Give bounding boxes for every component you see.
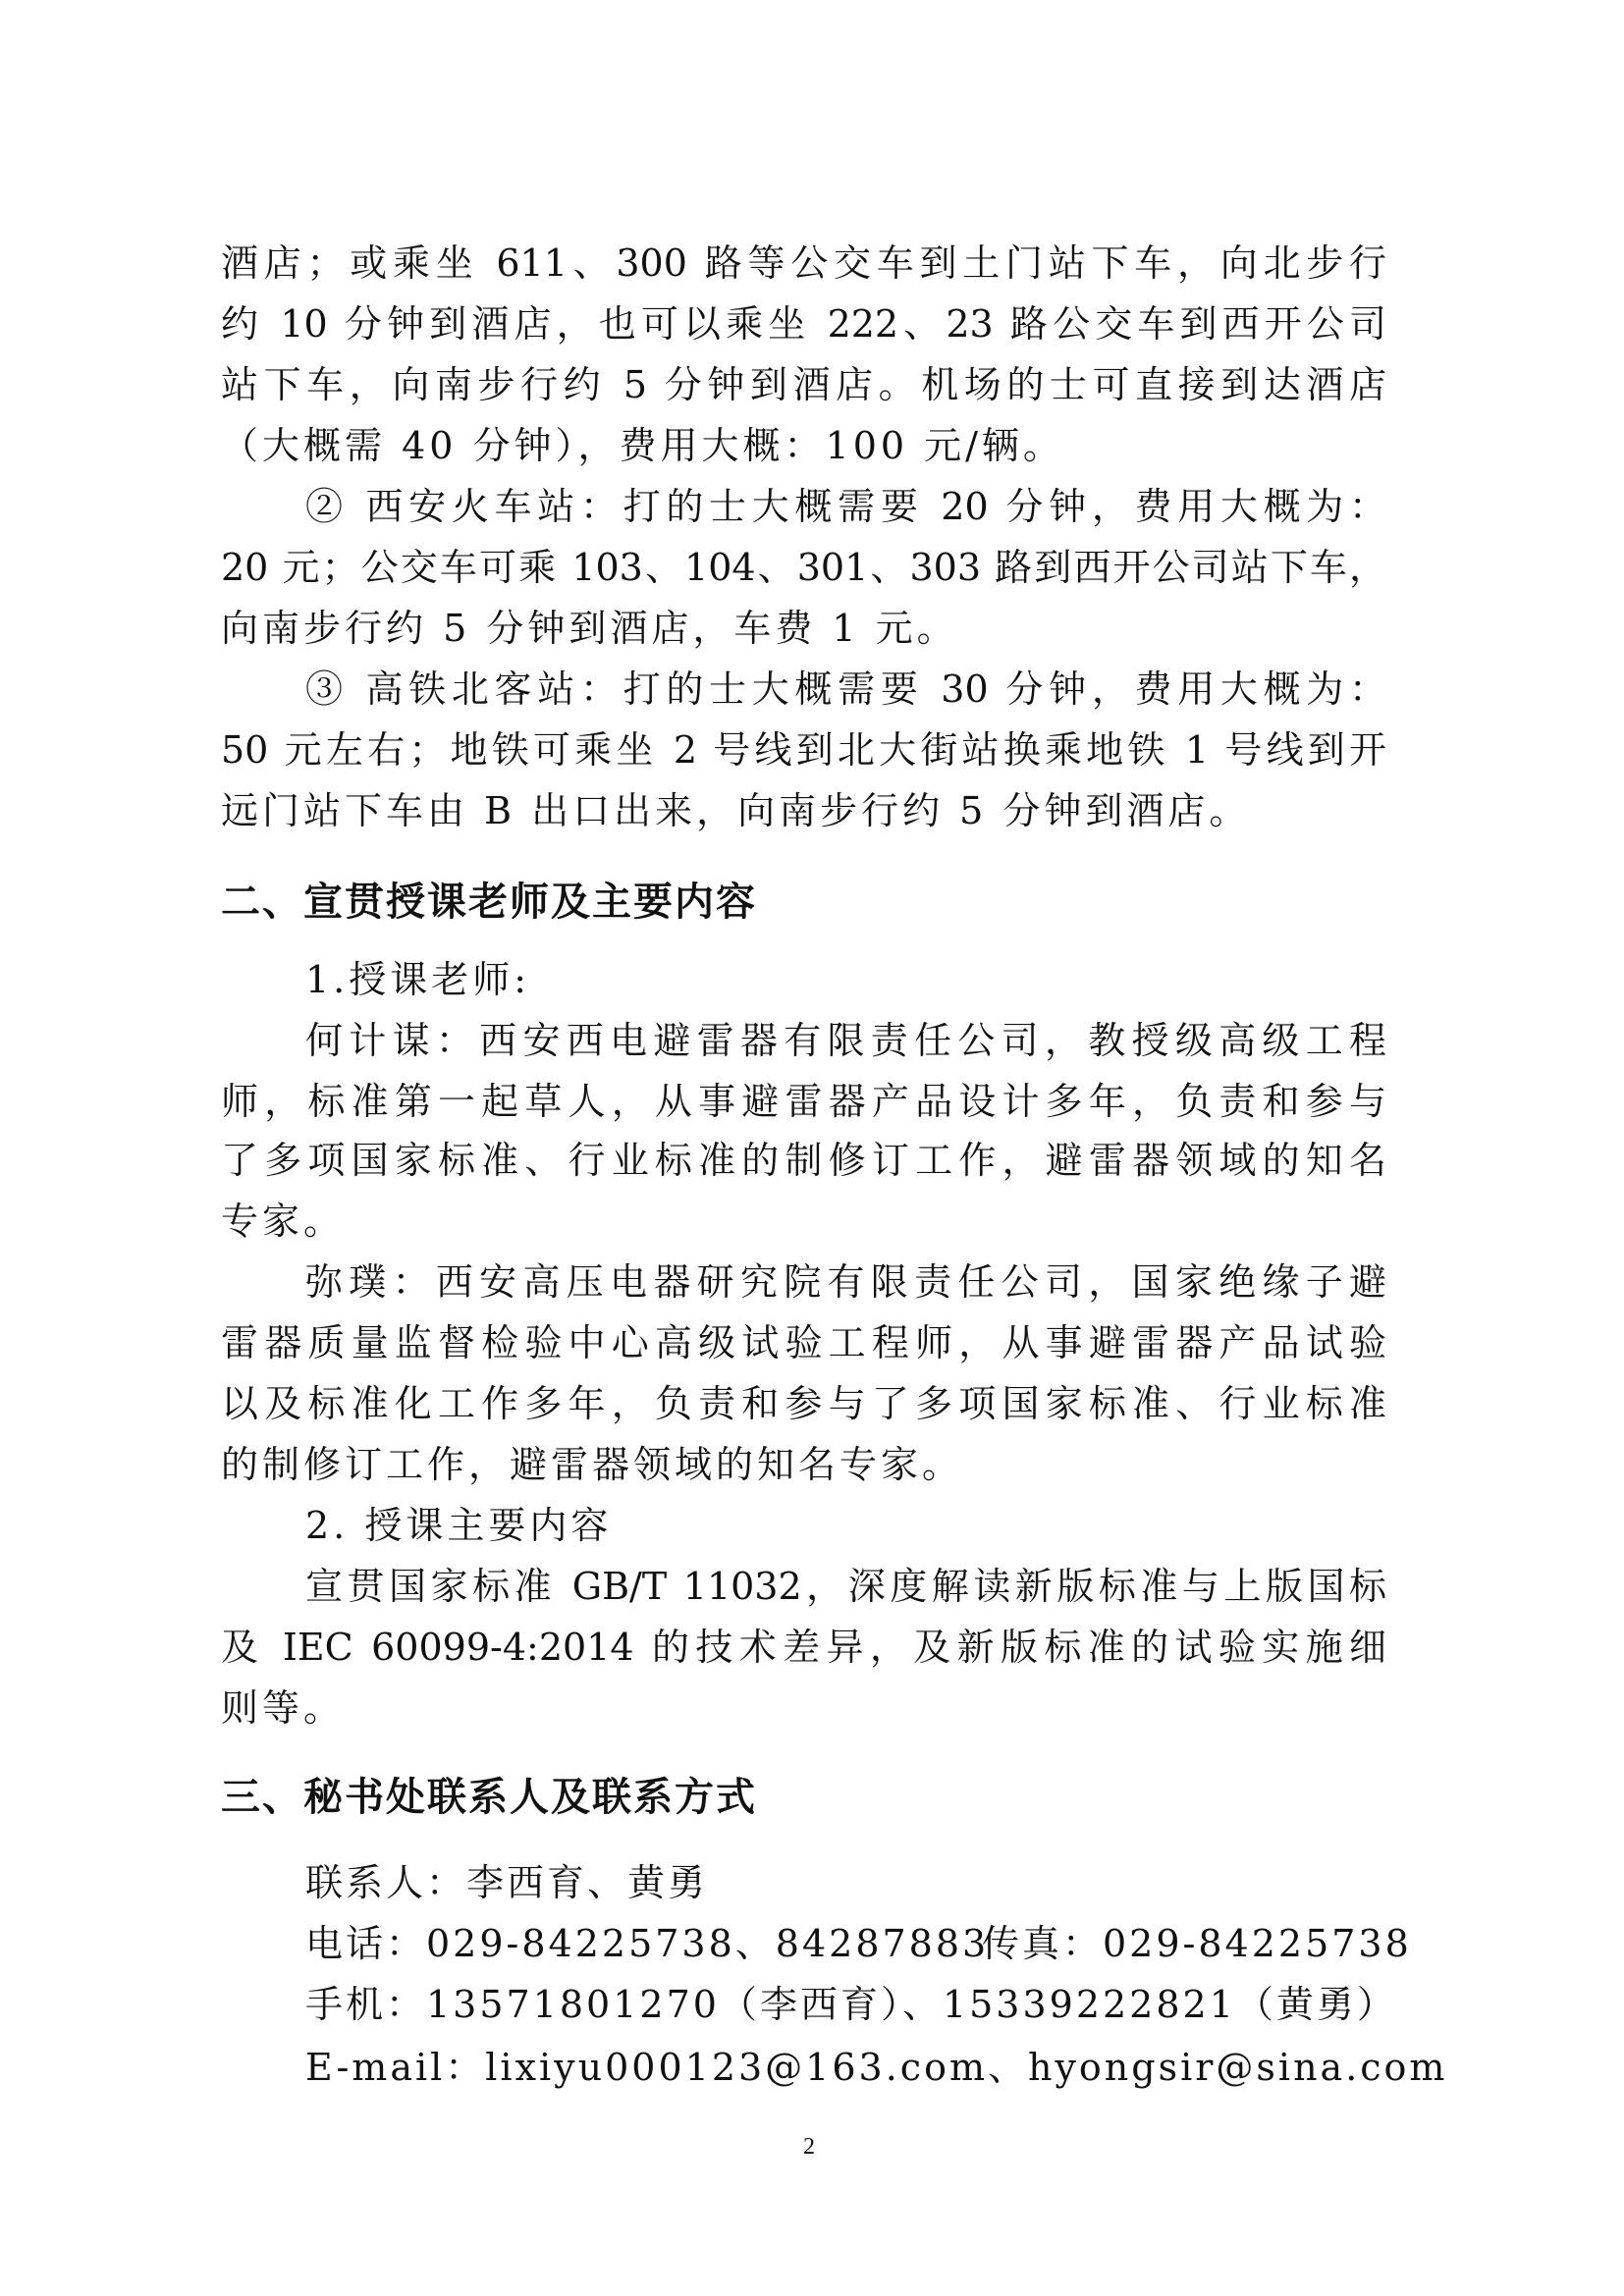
section-heading-2: 二、宣贯授课老师及主要内容 [221, 880, 757, 925]
text-line: 师，标准第一起草人，从事避雷器产品设计多年，负责和参与 [221, 1080, 1386, 1123]
fax-number: 传真：029-84225738 [982, 1922, 1412, 1965]
text-line: 了多项国家标准、行业标准的制修订工作，避雷器领域的知名 [221, 1139, 1386, 1182]
text-line: 的制修订工作，避雷器领域的知名专家。 [221, 1443, 1386, 1486]
mobile-number: 手机：13571801270（李西育）、15339222821（黄勇） [305, 1983, 1397, 2026]
text-line: 站下车，向南步行约 5 分钟到酒店。机场的士可直接到达酒店 [221, 363, 1386, 406]
document-page: 酒店；或乘坐 611、300 路等公交车到土门站下车，向北步行 约 10 分钟到… [0, 0, 1624, 2296]
page-number: 2 [803, 2134, 815, 2161]
text-line: 约 10 分钟到酒店，也可以乘坐 222、23 路公交车到西开公司 [221, 302, 1386, 346]
teacher-line: 何计谋：西安西电避雷器有限责任公司，教授级高级工程 [305, 1019, 1386, 1062]
contact-person: 联系人：李西育、黄勇 [305, 1861, 708, 1904]
content-line: 宣贯国家标准 GB/T 11032，深度解读新版标准与上版国标 [305, 1565, 1386, 1608]
text-line: （大概需 40 分钟），费用大概：100 元/辆。 [221, 424, 1386, 467]
section-heading-3: 三、秘书处联系人及联系方式 [221, 1775, 757, 1820]
teacher-line: 弥璞：西安高压电器研究院有限责任公司，国家绝缘子避 [305, 1260, 1386, 1304]
text-line: 50 元左右；地铁可乘坐 2 号线到北大街站换乘地铁 1 号线到开 [221, 728, 1386, 772]
subheading-teachers: 1.授课老师: [305, 958, 1386, 1001]
text-line: 20 元；公交车可乘 103、104、301、303 路到西开公司站下车， [221, 546, 1386, 589]
text-line: 酒店；或乘坐 611、300 路等公交车到土门站下车，向北步行 [221, 241, 1386, 285]
train-station-line: ② 西安火车站：打的士大概需要 20 分钟，费用大概为： [305, 485, 1386, 528]
phone-number: 电话：029-84225738、84287883 [305, 1922, 989, 1965]
text-line: 远门站下车由 B 出口出来，向南步行约 5 分钟到酒店。 [221, 789, 1386, 832]
email-address: E-mail：lixiyu000123@163.com、hyongsir@sin… [305, 2046, 1447, 2089]
text-line: 以及标准化工作多年，负责和参与了多项国家标准、行业标准 [221, 1382, 1386, 1425]
text-line: 专家。 [221, 1200, 1386, 1243]
text-line: 及 IEC 60099-4:2014 的技术差异，及新版标准的试验实施细 [221, 1626, 1386, 1669]
high-speed-rail-line: ③ 高铁北客站：打的士大概需要 30 分钟，费用大概为： [305, 667, 1386, 711]
text-line: 则等。 [221, 1686, 1386, 1730]
subheading-content: 2. 授课主要内容 [305, 1504, 1386, 1547]
text-line: 向南步行约 5 分钟到酒店，车费 1 元。 [221, 607, 1386, 650]
text-line: 雷器质量监督检验中心高级试验工程师，从事避雷器产品试验 [221, 1321, 1386, 1364]
